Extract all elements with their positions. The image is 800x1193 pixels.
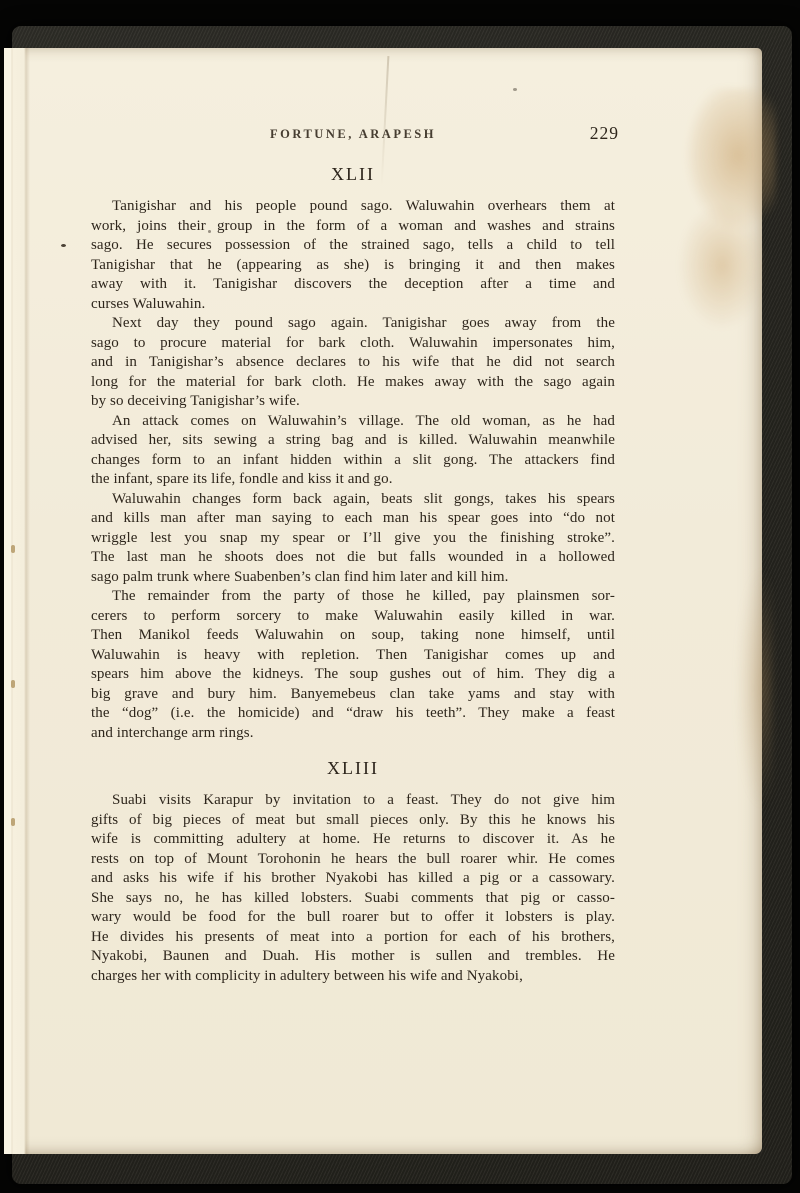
text-line: An attack comes on Waluwahin’s village. … (91, 412, 615, 432)
text-line: The remainder from the party of those he… (91, 587, 615, 607)
book-page: FORTUNE, ARAPESH 229 XLIITanigishar and … (4, 48, 762, 1154)
section-heading: XLII (91, 163, 615, 185)
text-line: long for the material for bark cloth. He… (91, 373, 615, 393)
binding-stitch (11, 680, 15, 688)
text-line: changes form to an infant hidden within … (91, 451, 615, 471)
page-speck (513, 88, 517, 91)
page-stain (717, 528, 772, 848)
text-line: The last man he shoots does not die but … (91, 548, 615, 568)
text-line: and kills man after man saying to each m… (91, 509, 615, 529)
text-line: gifts of big pieces of meat but small pi… (91, 811, 615, 831)
paragraph: The remainder from the party of those he… (91, 587, 615, 743)
text-line: He divides his presents of meat into a p… (91, 928, 615, 948)
text-line: the infant, spare its life, fondle and k… (91, 470, 615, 490)
book-scan: { "colors": { "background": "#050504", "… (0, 0, 800, 1193)
page-number: 229 (590, 123, 619, 144)
text-line: cerers to perform sorcery to make Waluwa… (91, 607, 615, 627)
paragraph: Waluwahin changes form back again, beats… (91, 490, 615, 588)
text-line: sago palm trunk where Suabenben’s clan f… (91, 568, 615, 588)
text-line: Then Manikol feeds Waluwahin on soup, ta… (91, 626, 615, 646)
text-line: spears him above the kidneys. The soup g… (91, 665, 615, 685)
section-heading: XLIII (91, 757, 615, 779)
paragraph: Tanigishar and his people pound sago. Wa… (91, 197, 615, 314)
text-line: charges her with complicity in adultery … (91, 967, 615, 987)
page-header: FORTUNE, ARAPESH 229 (91, 127, 615, 145)
text-line: rests on top of Mount Torohonin he hears… (91, 850, 615, 870)
text-line: by so deceiving Tanigishar’s wife. (91, 392, 615, 412)
text-line: sago. He secures possession of the strai… (91, 236, 615, 256)
page-stain (656, 88, 776, 328)
text-line: Tanigishar that he (appearing as she) is… (91, 256, 615, 276)
text-line: the “dog” (i.e. the homicide) and “draw … (91, 704, 615, 724)
text-line: wife is committing adultery at home. He … (91, 830, 615, 850)
text-line: big grave and bury him. Banyemebeus clan… (91, 685, 615, 705)
text-line: sago to procure material for bark cloth.… (91, 334, 615, 354)
text-line: wary would be food for the bull roarer b… (91, 908, 615, 928)
page-edge-stack (4, 48, 30, 1154)
sections-container: XLIITanigishar and his people pound sago… (91, 163, 615, 986)
text-line: Waluwahin changes form back again, beats… (91, 490, 615, 510)
binding-stitch (11, 818, 15, 826)
text-line: Suabi visits Karapur by invitation to a … (91, 791, 615, 811)
text-line: and in Tanigishar’s absence declares to … (91, 353, 615, 373)
text-line: curses Waluwahin. (91, 295, 615, 315)
paragraph: An attack comes on Waluwahin’s village. … (91, 412, 615, 490)
text-line: She says no, he has killed lobsters. Sua… (91, 889, 615, 909)
text-line: Nyakobi, Baunen and Duah. His mother is … (91, 947, 615, 967)
page-speck (61, 244, 66, 247)
paragraph: Next day they pound sago again. Tanigish… (91, 314, 615, 412)
text-line: advised her, sits sewing a string bag an… (91, 431, 615, 451)
text-line: Next day they pound sago again. Tanigish… (91, 314, 615, 334)
text-line: and asks his wife if his brother Nyakobi… (91, 869, 615, 889)
text-line: Tanigishar and his people pound sago. Wa… (91, 197, 615, 217)
running-title: FORTUNE, ARAPESH (91, 127, 615, 142)
paragraph: Suabi visits Karapur by invitation to a … (91, 791, 615, 986)
text-line: wriggle lest you snap my spear or I’ll g… (91, 529, 615, 549)
page-content: FORTUNE, ARAPESH 229 XLIITanigishar and … (91, 127, 615, 986)
binding-stitch (11, 545, 15, 553)
text-line: and interchange arm rings. (91, 724, 615, 744)
text-line: Waluwahin is heavy with repletion. Then … (91, 646, 615, 666)
text-line: work, joins their group in the form of a… (91, 217, 615, 237)
text-line: away with it. Tanigishar discovers the d… (91, 275, 615, 295)
